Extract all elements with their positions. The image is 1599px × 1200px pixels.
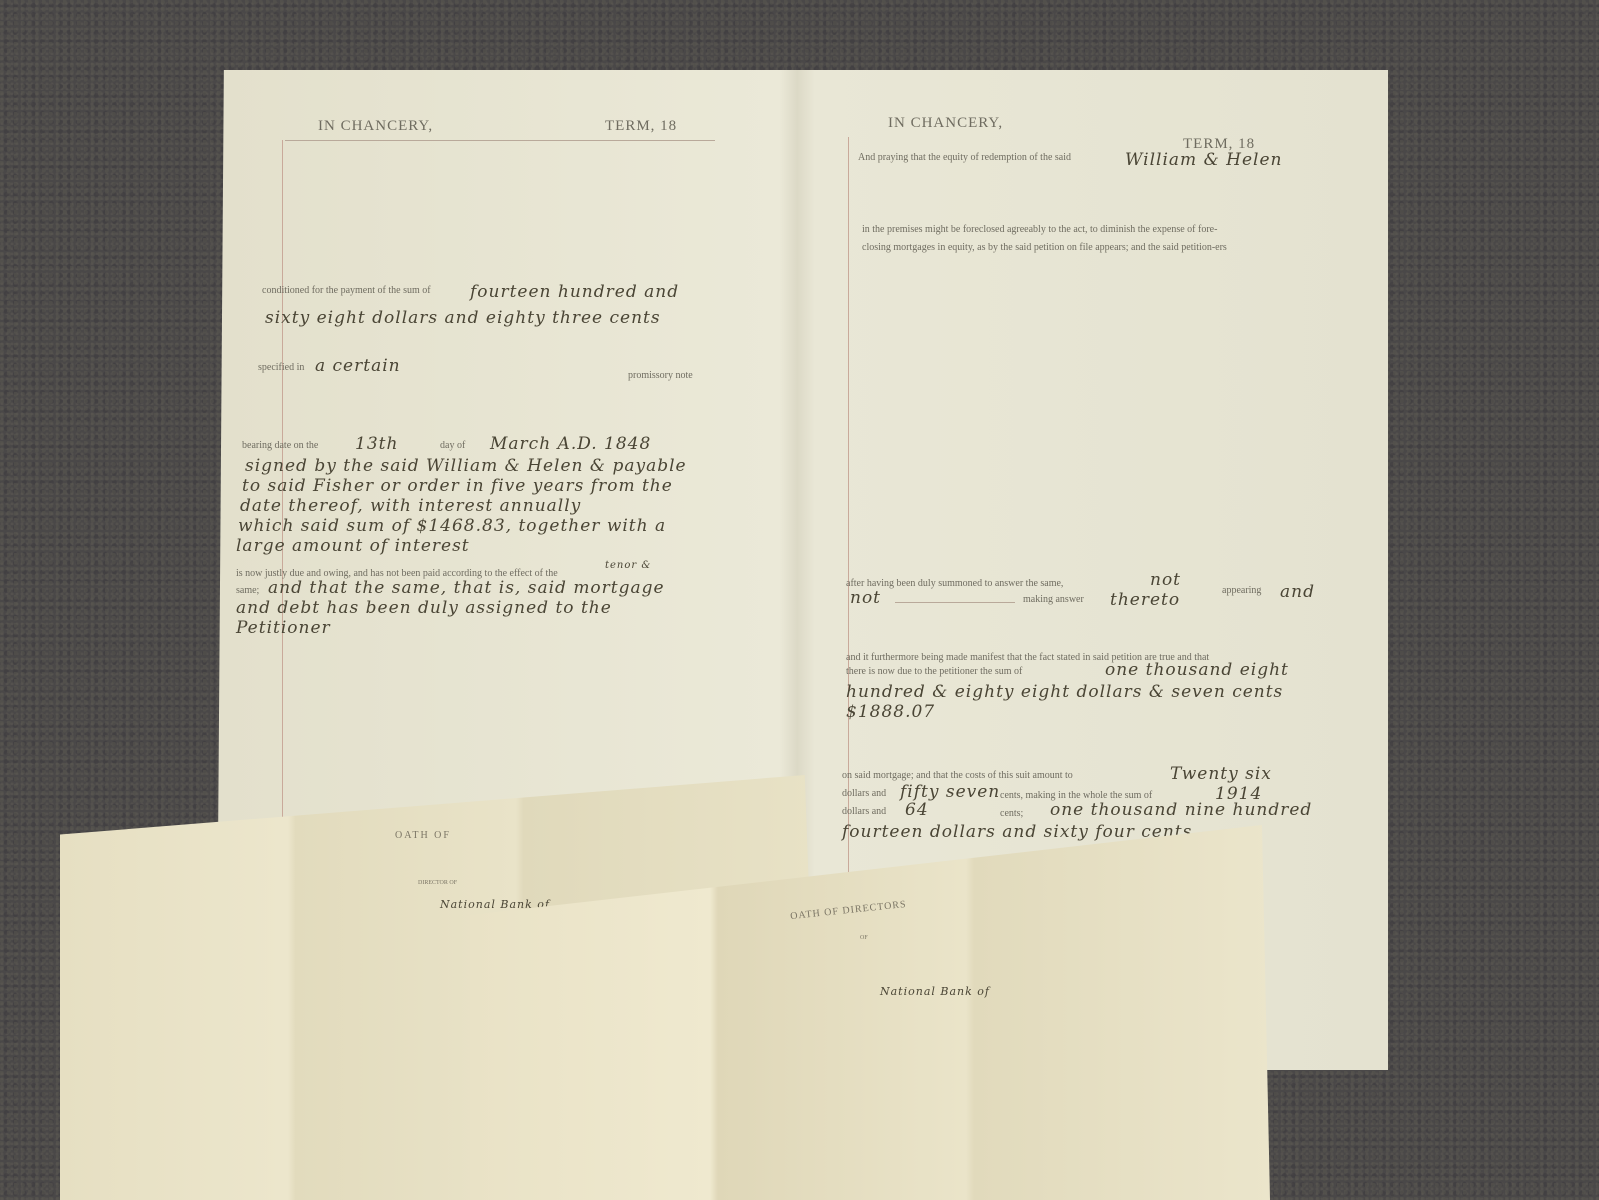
right-line-5-blank <box>895 602 1015 603</box>
right-line-7-print: there is now due to the petitioner the s… <box>846 666 1022 677</box>
right-line-12-print2: cents; <box>1000 808 1023 819</box>
left-line-4-print2: day of <box>440 440 465 451</box>
left-line-4-hand: 13th <box>355 434 398 454</box>
left-line-3-print: specified in <box>258 362 304 373</box>
left-line-4-print: bearing date on the <box>242 440 318 451</box>
right-line-12-hand: 64 <box>905 800 929 820</box>
right-line-11-hand: fifty seven <box>900 782 1000 802</box>
left-line-5-hand: signed by the said William & Helen & pay… <box>245 456 687 476</box>
left-line-7-hand: date thereof, with interest annually <box>240 496 581 516</box>
oath-1-subtitle: DIRECTOR OF <box>418 880 457 886</box>
right-line-10-hand: Twenty six <box>1170 764 1272 784</box>
oath-1-title: OATH OF <box>395 830 451 841</box>
right-line-8-hand: hundred & eighty eight dollars & seven c… <box>846 682 1283 702</box>
left-line-2-hand: sixty eight dollars and eighty three cen… <box>265 308 661 328</box>
right-line-3-print: closing mortgages in equity, as by the s… <box>862 242 1227 253</box>
left-line-1-hand: fourteen hundred and <box>470 282 679 302</box>
right-line-9-hand: $1888.07 <box>846 702 935 722</box>
left-line-10-hand: tenor & <box>605 560 651 571</box>
left-line-8-hand: which said sum of $1468.83, together wit… <box>238 516 666 536</box>
right-line-1-print: And praying that the equity of redemptio… <box>858 152 1071 163</box>
right-line-12-hand2: one thousand nine hundred <box>1050 800 1312 820</box>
right-line-12-print: dollars and <box>842 806 886 817</box>
oath-2-handwriting: National Bank of <box>880 985 990 998</box>
left-line-13-hand: Petitioner <box>236 618 331 638</box>
right-line-7-hand: one thousand eight <box>1105 660 1289 680</box>
right-line-4-print2: appearing <box>1222 585 1261 596</box>
oath-2-subtitle: OF <box>860 935 868 941</box>
right-line-5-print: making answer <box>1023 594 1084 605</box>
right-line-1-hand: William & Helen <box>1125 150 1282 170</box>
left-line-12-hand: and debt has been duly assigned to the <box>236 598 612 618</box>
left-header-term: TERM, 18 <box>605 118 677 135</box>
left-line-11-hand: and that the same, that is, said mortgag… <box>268 578 665 598</box>
left-header-chancery: IN CHANCERY, <box>318 118 433 135</box>
right-margin-rule <box>848 137 849 877</box>
right-line-11-print: dollars and <box>842 788 886 799</box>
left-line-11-print: same; <box>236 585 259 596</box>
right-line-5-hand: thereto <box>1110 590 1180 610</box>
left-line-3-print-end: promissory note <box>628 370 693 381</box>
right-line-10-print: on said mortgage; and that the costs of … <box>842 770 1073 781</box>
right-line-4-hand: not <box>1150 570 1181 590</box>
right-line-5-hand-pre: not <box>850 588 881 608</box>
left-line-1-print: conditioned for the payment of the sum o… <box>262 285 431 296</box>
right-line-2-print: in the premises might be foreclosed agre… <box>862 224 1217 235</box>
left-line-9-hand: large amount of interest <box>236 536 470 556</box>
left-line-4-hand2: March A.D. 1848 <box>490 434 651 454</box>
left-line-6-hand: to said Fisher or order in five years fr… <box>242 476 673 496</box>
left-line-3-hand: a certain <box>315 356 401 376</box>
left-header-rule <box>285 140 715 141</box>
right-line-4-hand2: and <box>1280 582 1315 602</box>
right-header-chancery: IN CHANCERY, <box>888 115 1003 132</box>
